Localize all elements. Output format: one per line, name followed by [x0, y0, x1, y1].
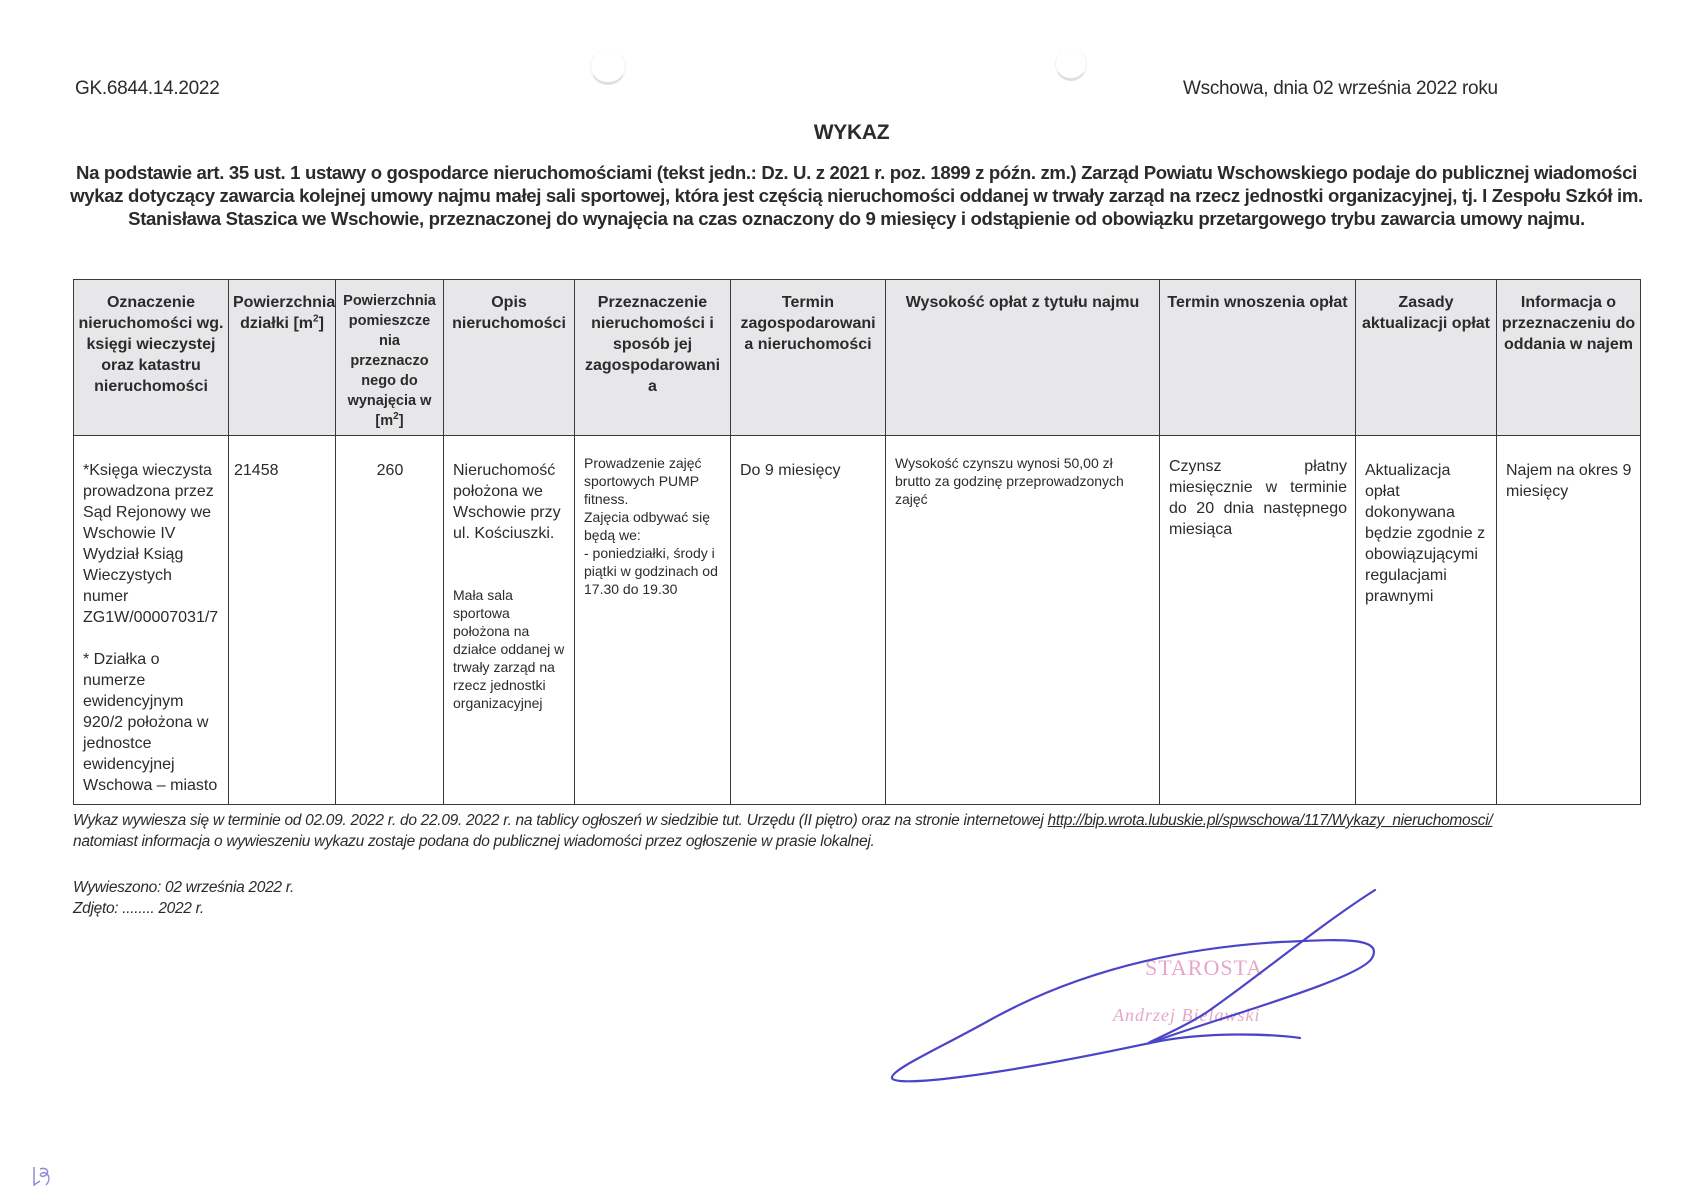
document-title: WYKAZ: [0, 121, 1703, 145]
purpose-activity: Prowadzenie zajęć sportowych PUMP fitnes…: [584, 454, 722, 508]
intro-paragraph: Na podstawie art. 35 ust. 1 ustawy o gos…: [70, 161, 1643, 230]
cell-lease-info: Najem na okres 9 miesięcy: [1497, 436, 1641, 805]
land-register-entry: *Księga wieczysta prowadzona przez Sąd R…: [83, 460, 220, 628]
purpose-schedule-intro: Zajęcia odbywać się będą we:: [584, 508, 722, 544]
punch-hole-left: [590, 48, 626, 85]
column-header-payment-term: Termin wnoszenia opłat: [1160, 280, 1356, 436]
plot-entry: * Działka o numerze ewidencyjnym 920/2 p…: [83, 649, 220, 796]
cell-purpose: Prowadzenie zajęć sportowych PUMP fitnes…: [575, 436, 731, 805]
column-header-description: Opis nieruchomości: [444, 280, 575, 436]
bip-link[interactable]: http://bip.wrota.lubuskie.pl/spwschowa/1…: [1048, 812, 1493, 829]
column-header-fee-update: Zasady aktualizacji opłat: [1356, 280, 1497, 436]
posted-date: Wywieszono: 02 września 2022 r.: [73, 877, 294, 898]
place-date: Wschowa, dnia 02 września 2022 roku: [1183, 78, 1498, 100]
table-header-row: Oznaczenie nieruchomości wg. księgi wiec…: [74, 280, 1641, 436]
cell-designation: *Księga wieczysta prowadzona przez Sąd R…: [74, 436, 229, 805]
column-header-development-term: Termin zagospodarowani a nieruchomości: [731, 280, 886, 436]
column-header-purpose: Przeznaczenie nieruchomości i sposób jej…: [575, 280, 731, 436]
column-header-plot-area: Powierzchnia działki [m2]: [229, 280, 336, 436]
cell-development-term: Do 9 miesięcy: [731, 436, 886, 805]
table-row: *Księga wieczysta prowadzona przez Sąd R…: [74, 436, 1641, 805]
column-header-room-area: Powierzchnia pomieszcze nia przeznaczo n…: [336, 280, 444, 436]
column-header-rent-amount: Wysokość opłat z tytułu najmu: [886, 280, 1160, 436]
cell-plot-area: 21458: [229, 436, 336, 805]
removed-date: Zdjęto: ........ 2022 r.: [73, 898, 294, 919]
reference-number: GK.6844.14.2022: [75, 78, 219, 100]
initials-mark-icon: [30, 1163, 56, 1189]
description-location: Nieruchomość położona we Wschowie przy u…: [453, 460, 566, 544]
cell-fee-update: Aktualizacja opłat dokonywana będzie zgo…: [1356, 436, 1497, 805]
column-header-lease-info: Informacja o przeznaczeniu do oddania w …: [1497, 280, 1641, 436]
description-room: Mała sala sportowa położona na działce o…: [453, 586, 566, 712]
posting-dates: Wywieszono: 02 września 2022 r. Zdjęto: …: [73, 877, 294, 919]
cell-payment-term: Czynsz płatny miesięcznie w terminie do …: [1160, 436, 1356, 805]
column-header-designation: Oznaczenie nieruchomości wg. księgi wiec…: [74, 280, 229, 436]
cell-description: Nieruchomość położona we Wschowie przy u…: [444, 436, 575, 805]
cell-rent-amount: Wysokość czynszu wynosi 50,00 zł brutto …: [886, 436, 1160, 805]
signature-icon: [880, 880, 1400, 1100]
cell-room-area: 260: [336, 436, 444, 805]
posting-notice: Wykaz wywiesza się w terminie od 02.09. …: [73, 810, 1653, 852]
property-list-table: Oznaczenie nieruchomości wg. księgi wiec…: [73, 279, 1641, 805]
punch-hole-right: [1055, 48, 1087, 81]
purpose-schedule: - poniedziałki, środy i piątki w godzina…: [584, 544, 722, 598]
